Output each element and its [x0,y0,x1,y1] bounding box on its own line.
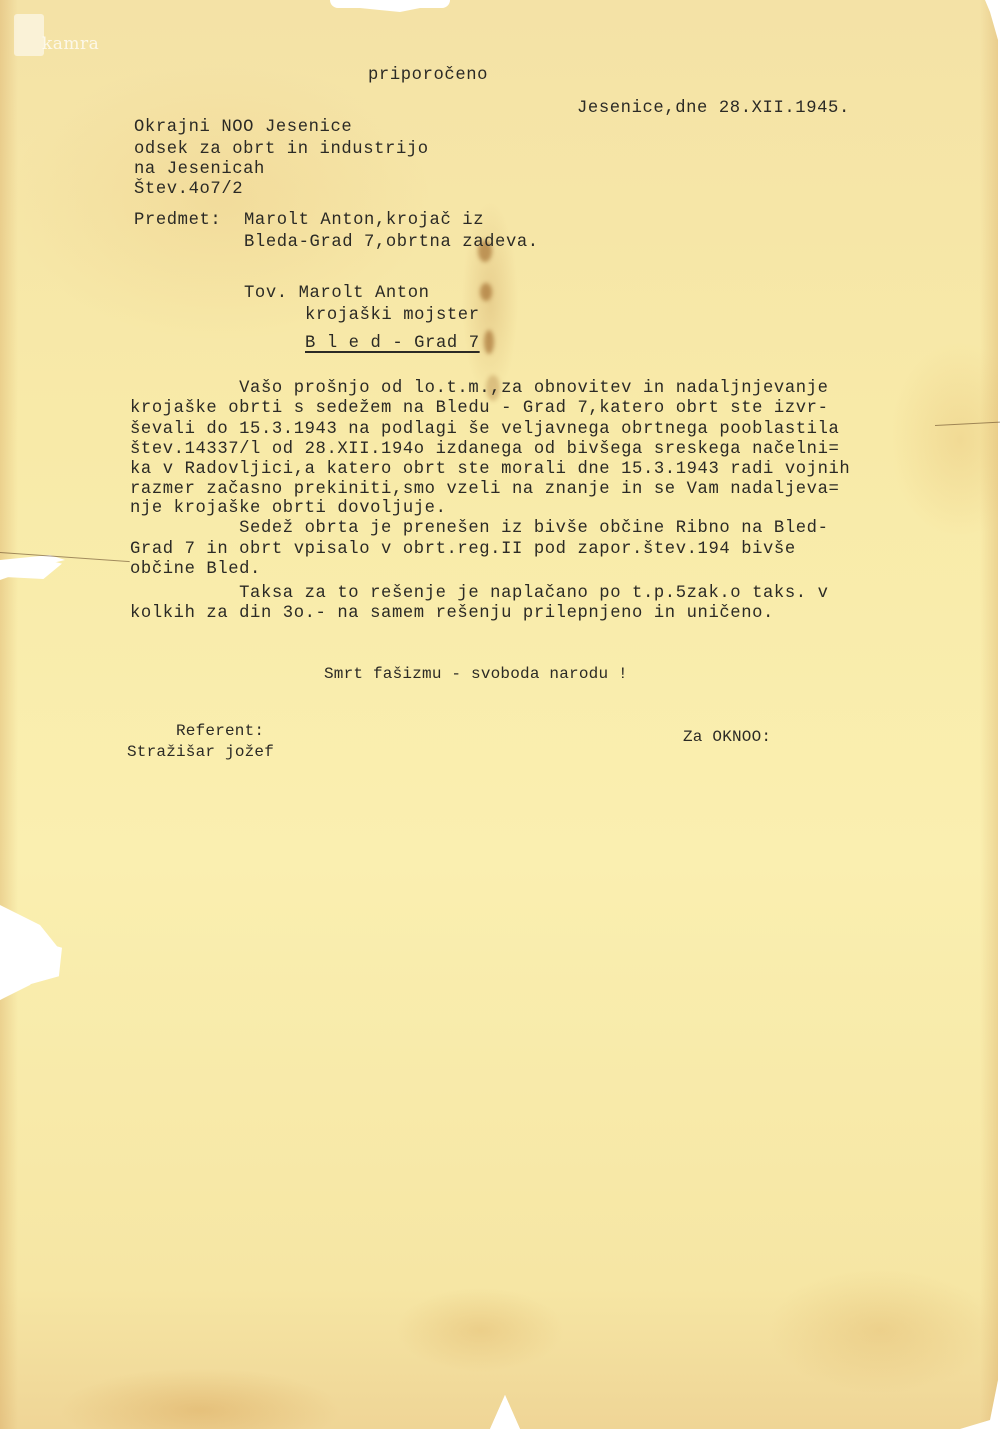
kamra-logo-icon [14,14,44,56]
tear-top [330,0,450,8]
watermark-text: kamra [42,34,99,54]
body-line: Vašo prošnjo od lo.t.m.,za obnovitev in … [130,379,829,399]
sender-line-2: odsek za obrt in industrijo [134,140,429,160]
body-line: Grad 7 in obrt vpisalo v obrt.reg.II pod… [130,540,796,560]
body-line: občine Bled. [130,560,261,580]
subject-line-1: Marolt Anton,krojač iz [244,211,484,231]
referent-label: Referent: [176,721,264,741]
subject-label: Predmet: [134,211,221,231]
stain [484,330,494,354]
place-date: Jesenice,dne 28.XII.1945. [577,99,850,119]
registered-mail-mark: priporočeno [368,66,488,86]
body-line: ka v Radovljici,a katero obrt ste morali… [130,460,850,480]
watermark: kamra [14,14,99,56]
referent-name: Stražišar jožef [127,742,274,762]
reference-number: Štev.4o7/2 [134,180,243,200]
body-line: štev.14337/l od 28.XII.194o izdanega od … [130,440,839,460]
body-line: ševali do 15.3.1943 na podlagi še veljav… [130,420,839,440]
signature-line: Za OKNOO: [683,727,771,747]
body-line: krojaške obrti s sedežem na Bledu - Grad… [130,399,829,419]
body-line: nje krojaške obrti dovoljuje. [130,499,447,519]
recipient-line-1: Tov. Marolt Anton [244,284,430,304]
body-line: Taksa za to rešenje je naplačano po t.p.… [130,584,829,604]
recipient-line-2: krojaški mojster [305,306,480,326]
body-line: razmer začasno prekiniti,smo vzeli na zn… [130,480,839,500]
sender-line-1: Okrajni NOO Jesenice [134,118,352,138]
stain [480,283,492,301]
sender-line-3: na Jesenicah [134,160,265,180]
closing-slogan: Smrt fašizmu - svoboda narodu ! [324,664,628,684]
body-line: Sedež obrta je prenešen iz bivše občine … [130,519,829,539]
body-line: kolkih za din 3o.- na samem rešenju pril… [130,604,774,624]
subject-line-2: Bleda-Grad 7,obrtna zadeva. [244,233,539,253]
recipient-address: B l e d - Grad 7 [305,334,480,354]
